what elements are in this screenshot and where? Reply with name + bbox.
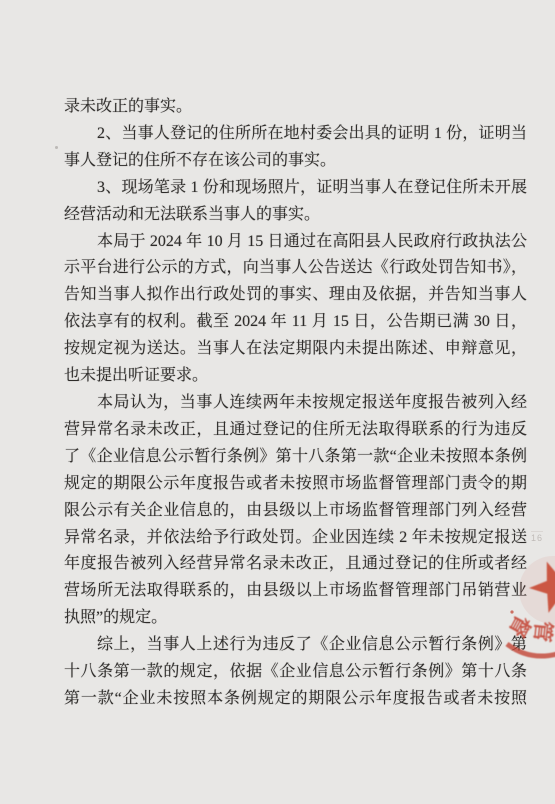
document-line: 本局于 2024 年 10 月 15 日通过在高阳县人民政府行政执法公 xyxy=(64,229,527,256)
document-line: 经营活动和无法联系当事人的事实。 xyxy=(64,202,527,229)
document-line: 限公示有关企业信息的，由县级以上市场监督管理部门列入经营 xyxy=(64,498,527,525)
document-line: 营异常名录未改正，且通过登记的住所无法取得联系的行为违反 xyxy=(64,417,527,444)
document-line: 执照”的规定。 xyxy=(64,605,527,632)
document-line: 第一款“企业未按照本条例规定的期限公示年度报告或者未按照 xyxy=(64,686,527,713)
seal-ring-arc xyxy=(507,644,555,656)
document-line: 十八条第一款的规定，依据《企业信息公示暂行条例》第十八条 xyxy=(64,659,527,686)
document-line: 依法享有的权利。截至 2024 年 11 月 15 日，公告期已满 30 日， xyxy=(64,309,527,336)
document-line: 也未提出听证要求。 xyxy=(64,363,527,390)
document-line: 告知当事人拟作出行政处罚的事实、理由及依据，并告知当事人 xyxy=(64,282,527,309)
document-line: 示平台进行公示的方式，向当事人公告送达《行政处罚告知书》， xyxy=(64,255,527,282)
document-line: 3、现场笔录 1 份和现场照片，证明当事人在登记住所未开展 xyxy=(64,175,527,202)
document-line: 综上，当事人上述行为违反了《企业信息公示暂行条例》第 xyxy=(64,632,527,659)
seal-ink-dot xyxy=(510,610,513,613)
document-line: 本局认为，当事人连续两年未按规定报送年度报告被列入经 xyxy=(64,390,527,417)
seal-ring-character: 管 xyxy=(530,620,555,643)
document-line: 按规定视为送达。当事人在法定期限内未提出陈述、申辩意见， xyxy=(64,336,527,363)
document-line: 事人登记的住所不存在该公司的事实。 xyxy=(64,148,527,175)
document-line: 了《企业信息公示暂行条例》第十八条第一款“企业未按照本条例 xyxy=(64,444,527,471)
document-line: 异常名录，并依法给予行政处罚。企业因连续 2 年未按规定报送 xyxy=(64,525,527,552)
document-line: 年度报告被列入经营异常名录未改正，且通过登记的住所或者经 xyxy=(64,551,527,578)
document-text: 录未改正的事实。2、当事人登记的住所所在地村委会出具的证明 1 份，证明当事人登… xyxy=(64,94,527,713)
document-page: 录未改正的事实。2、当事人登记的住所所在地村委会出具的证明 1 份，证明当事人登… xyxy=(0,0,555,804)
document-line: 2、当事人登记的住所所在地村委会出具的证明 1 份，证明当 xyxy=(64,121,527,148)
official-seal: 督 管 xyxy=(495,530,555,670)
document-line: 录未改正的事实。 xyxy=(64,94,527,121)
paper-speck xyxy=(55,146,58,149)
document-line: 营场所无法取得联系的，由县级以上市场监督管理部门吊销营业 xyxy=(64,578,527,605)
document-line: 规定的期限公示年度报告或者未按照市场监督管理部门责令的期 xyxy=(64,471,527,498)
